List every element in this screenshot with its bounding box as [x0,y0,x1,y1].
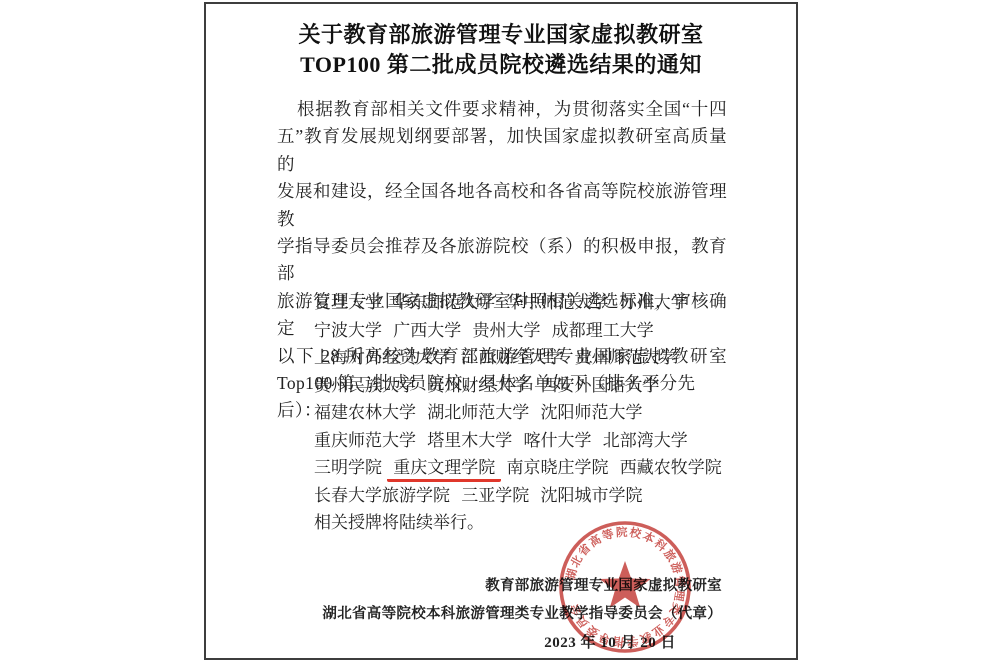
school-names-text: 上海对外经贸大学 江西财经大学 贵州师范大学 [314,348,677,367]
school-list-row: 贵州民族大学 贵州财经大学 西安外国语大学 [314,372,744,400]
school-list: 复旦大学 华东师范大学 华中师范大学 苏州大学宁波大学 广西大学 贵州大学 成都… [314,289,744,509]
school-list-row: 三明学院 重庆文理学院 南京晓庄学院 西藏农牧学院 [314,454,744,482]
school-list-row: 长春大学旅游学院 三亚学院 沈阳城市学院 [314,482,744,510]
school-names-text: 贵州民族大学 贵州财经大学 西安外国语大学 [314,376,660,395]
school-names-text: 三明学院 [314,458,393,477]
notice-page: 关于教育部旅游管理专业国家虚拟教研室 TOP100 第二批成员院校遴选结果的通知… [204,2,798,660]
notice-date: 2023 年 10 月 20 日 [322,628,722,658]
school-names-text: 长春大学旅游学院 三亚学院 沈阳城市学院 [314,486,643,505]
school-names-text: 宁波大学 广西大学 贵州大学 成都理工大学 [314,321,654,340]
signature-line-2: 湖北省高等院校本科旅游管理类专业教学指导委员会（代章） [322,600,722,628]
closing-line: 相关授牌将陆续举行。 [314,509,484,537]
body-line: 根据教育部相关文件要求精神，为贯彻落实全国“十四 [277,96,727,123]
body-line: 发展和建设，经全国各地各高校和各省高等院校旅游管理教 [277,178,727,233]
school-list-row: 上海对外经贸大学 江西财经大学 贵州师范大学 [314,344,744,372]
body-line: 学指导委员会推荐及各旅游院校（系）的积极申报，教育部 [277,233,727,288]
school-names-text: 福建农林大学 湖北师范大学 沈阳师范大学 [314,403,643,422]
signature-block: 教育部旅游管理专业国家虚拟教研室 湖北省高等院校本科旅游管理类专业教学指导委员会… [322,572,722,658]
school-names-text: 南京晓庄学院 西藏农牧学院 [495,458,722,477]
signature-line-1: 教育部旅游管理专业国家虚拟教研室 [322,572,722,600]
highlighted-school-name: 重庆文理学院 [387,458,501,482]
body-line: 五”教育发展规划纲要部署，加快国家虚拟教研室高质量的 [277,123,727,178]
school-list-row: 宁波大学 广西大学 贵州大学 成都理工大学 [314,317,744,345]
school-list-row: 复旦大学 华东师范大学 华中师范大学 苏州大学 [314,289,744,317]
screenshot-root: { "document": { "title_lines": [ "关于教育部旅… [0,0,1000,667]
school-names-text: 重庆师范大学 塔里木大学 喀什大学 北部湾大学 [314,431,688,450]
notice-title: 关于教育部旅游管理专业国家虚拟教研室 TOP100 第二批成员院校遴选结果的通知 [206,20,796,80]
school-names-text: 复旦大学 华东师范大学 华中师范大学 苏州大学 [314,293,688,312]
school-list-row: 重庆师范大学 塔里木大学 喀什大学 北部湾大学 [314,427,744,455]
notice-title-line-2: TOP100 第二批成员院校遴选结果的通知 [206,50,796,80]
school-list-row: 福建农林大学 湖北师范大学 沈阳师范大学 [314,399,744,427]
notice-title-line-1: 关于教育部旅游管理专业国家虚拟教研室 [206,20,796,50]
